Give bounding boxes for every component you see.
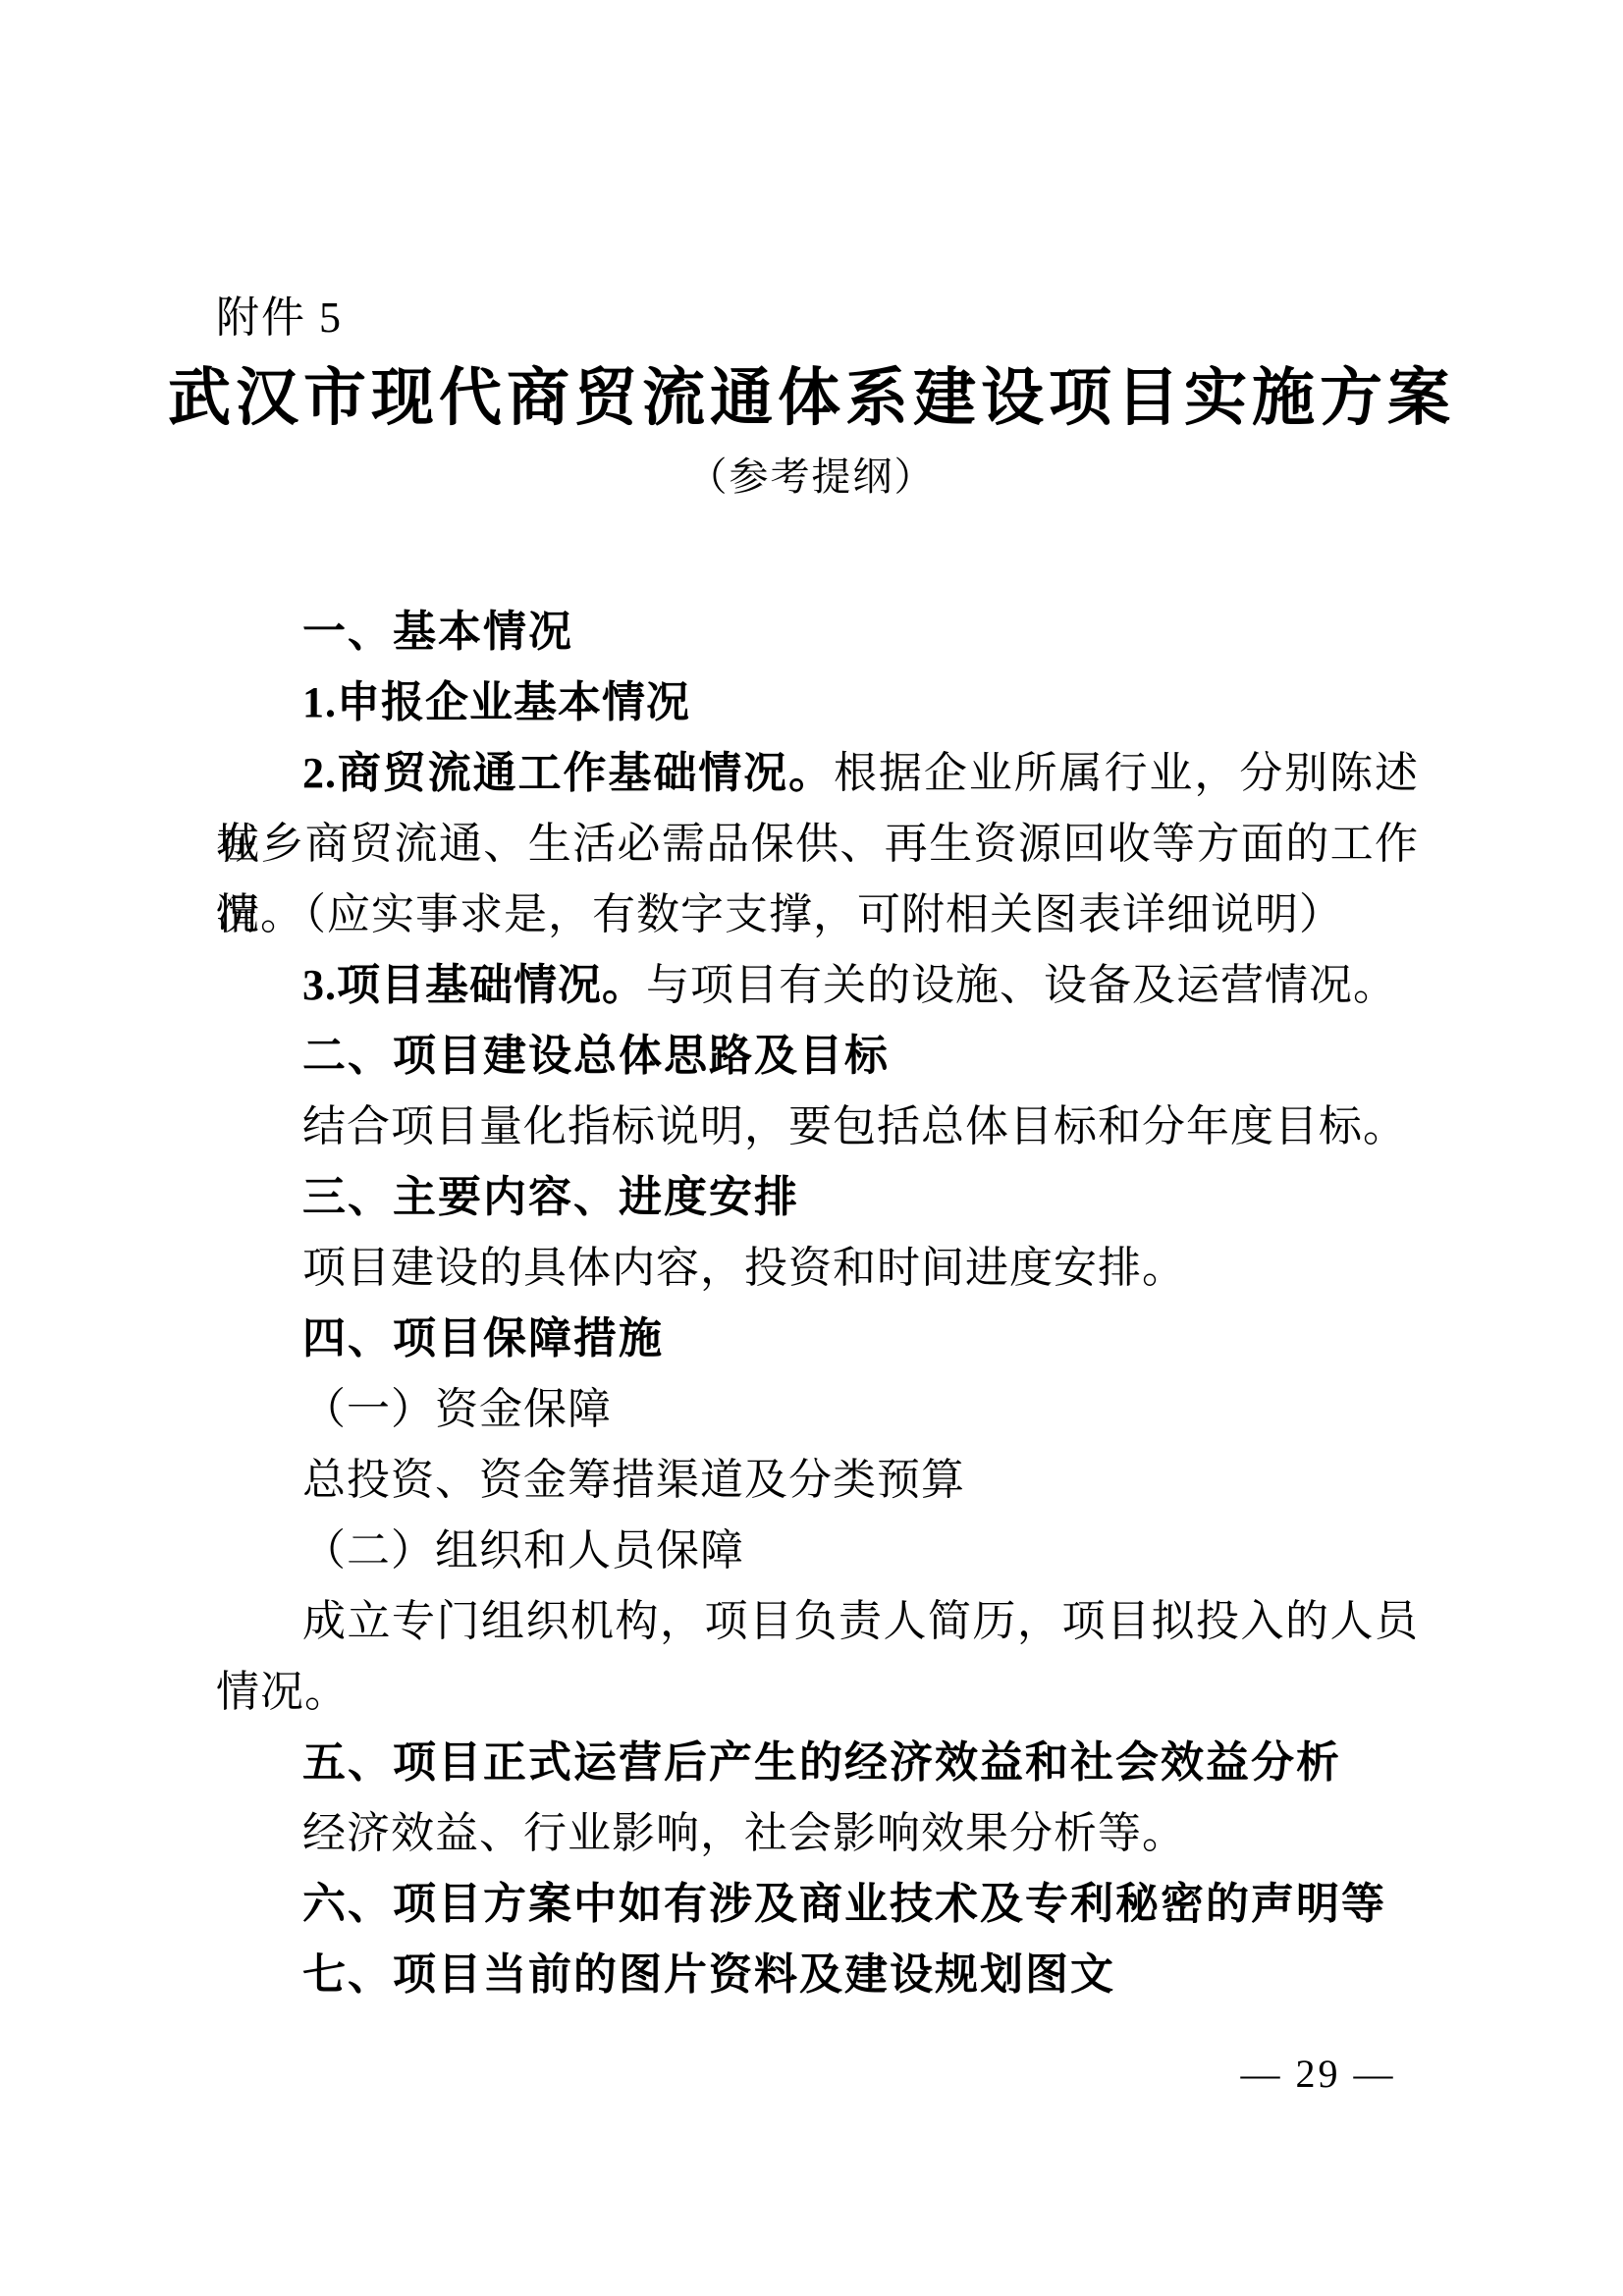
text-line: 二、项目建设总体思路及目标 — [216, 1021, 1419, 1092]
line-lead-text: 2.商贸流通工作基础情况。 — [302, 749, 834, 797]
document-title: 武汉市现代商贸流通体系建设项目实施方案 — [98, 359, 1525, 438]
text-line: 成立专门组织机构，项目负责人简历，项目拟投入的人员 — [216, 1586, 1419, 1657]
text-line: 三、主要内容、进度安排 — [216, 1162, 1419, 1233]
text-line: 经济效益、行业影响，社会影响效果分析等。 — [216, 1798, 1419, 1869]
text-line: （二）组织和人员保障 — [216, 1516, 1419, 1586]
line-lead-text: 3.项目基础情况。 — [302, 961, 646, 1009]
text-line: 五、项目正式运营后产生的经济效益和社会效益分析 — [216, 1728, 1419, 1798]
document-body: 一、基本情况1.申报企业基本情况2.商贸流通工作基础情况。根据企业所属行业，分别… — [216, 597, 1419, 2010]
document-subtitle: （参考提纲） — [98, 452, 1525, 503]
text-line: 3.项目基础情况。与项目有关的设施、设备及运营情况。 — [216, 950, 1419, 1021]
text-line: 1.申报企业基本情况 — [216, 667, 1419, 738]
text-line: 况。（应实事求是，有数字支撑，可附相关图表详细说明） — [216, 880, 1419, 950]
text-line: 情况。 — [216, 1657, 1419, 1728]
text-line: 项目建设的具体内容，投资和时间进度安排。 — [216, 1233, 1419, 1304]
text-line: 一、基本情况 — [216, 597, 1419, 667]
text-line: 2.商贸流通工作基础情况。根据企业所属行业，分别陈述在 — [216, 738, 1419, 809]
document-page: 附件 5 武汉市现代商贸流通体系建设项目实施方案 （参考提纲） 一、基本情况1.… — [0, 0, 1623, 2296]
text-line: 七、项目当前的图片资料及建设规划图文 — [216, 1940, 1419, 2010]
text-line: （一）资金保障 — [216, 1374, 1419, 1445]
line-text: 与项目有关的设施、设备及运营情况。 — [646, 961, 1397, 1009]
text-line: 六、项目方案中如有涉及商业技术及专利秘密的声明等 — [216, 1869, 1419, 1940]
page-number: — 29 — — [1232, 2048, 1404, 2101]
text-line: 总投资、资金筹措渠道及分类预算 — [216, 1445, 1419, 1516]
text-line: 结合项目量化指标说明，要包括总体目标和分年度目标。 — [216, 1092, 1419, 1162]
text-line: 城乡商贸流通、生活必需品保供、再生资源回收等方面的工作情 — [216, 809, 1419, 880]
text-line: 四、项目保障措施 — [216, 1304, 1419, 1374]
attachment-label: 附件 5 — [216, 293, 343, 344]
